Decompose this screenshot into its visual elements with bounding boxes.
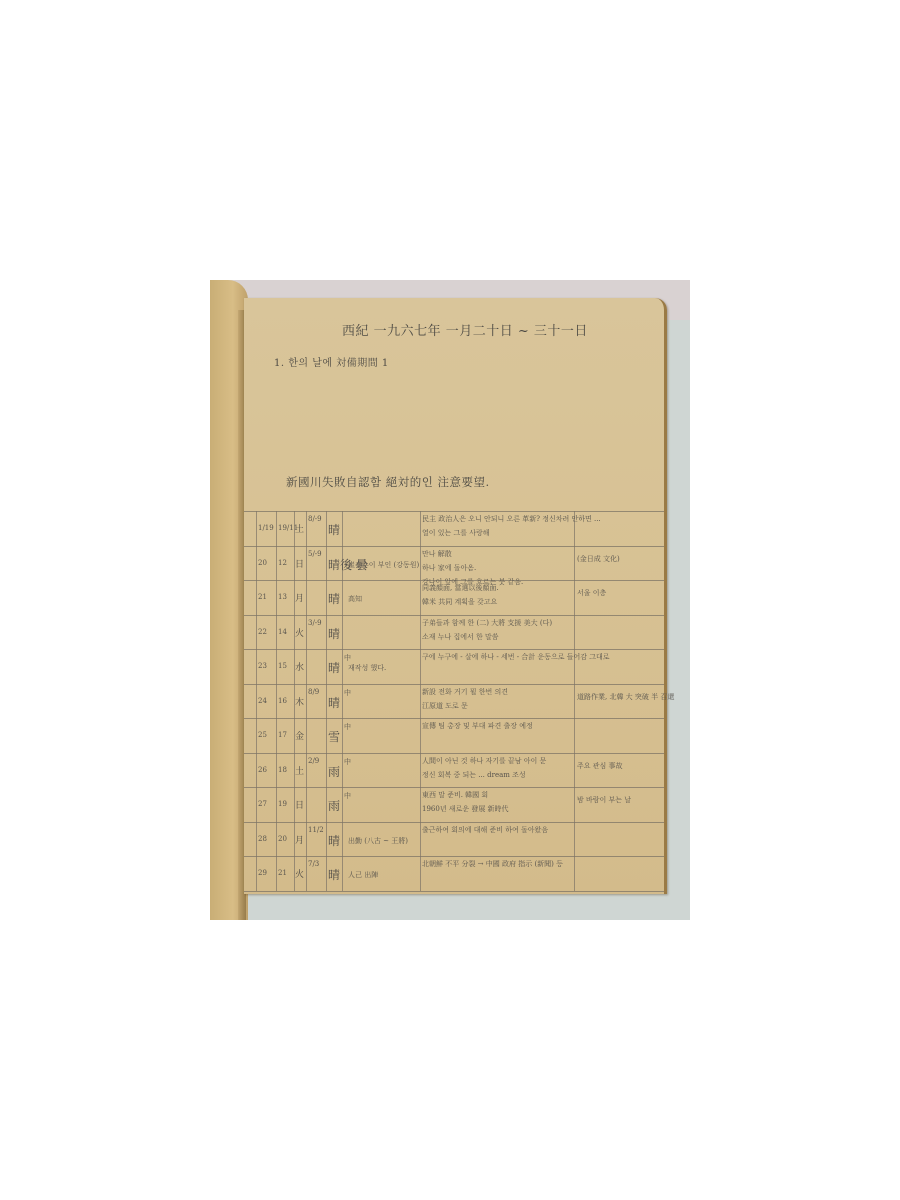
date-solar: 22 [258,628,267,636]
event: 재작성 했다. [348,663,386,673]
table-row-rule [244,787,664,788]
diary-note: 北朝鮮 不平 分裂 → 中國 政府 指示 (新聞) 등 [422,859,563,869]
date-lunar: 12 [278,559,287,567]
date-lunar: 16 [278,697,287,705]
remark: 주요 관심 事故 [577,761,623,771]
event: 人己 出陣 [348,870,378,880]
date-lunar: 13 [278,593,287,601]
temperature: 7/3 [308,860,319,868]
weather: 晴 [328,832,340,849]
weather: 晴 [328,625,340,642]
weather: 雨 [328,797,340,814]
weather: 晴 [328,590,340,607]
weekday: 日 [295,557,304,570]
table-column-rule [306,511,307,891]
section-heading: 新國川失敗自認함 絕対的인 注意要望. [286,474,490,490]
temperature: 5/-9 [308,550,322,558]
list-item-1: 1. 한의 날에 対備期間 1 [274,354,389,369]
table-column-rule [276,511,277,891]
date-lunar: 20 [278,835,287,843]
mark: 中 [344,688,351,698]
temperature: 8/-9 [308,515,322,523]
date-solar: 29 [258,869,267,877]
weather: 雨 [328,763,340,780]
weather: 晴 [328,694,340,711]
date-lunar: 21 [278,869,287,877]
weather: 雪 [328,728,340,745]
weekday: 月 [295,591,304,604]
date-solar: 1/19 [258,524,274,532]
weekday: 月 [295,833,304,846]
temperature: 11/2 [308,826,324,834]
mark: 中 [344,722,351,732]
diary-note: 子弟들과 함께 한 (二) 大將 支援 美大 (다) [422,618,552,628]
diary-note: 하나 家에 돌아옴. [422,563,476,573]
mark: 中 [344,757,351,767]
date-solar: 20 [258,559,267,567]
notebook-page: 西紀 一九六七年 一月二十日 ~ 三十一日 1. 한의 날에 対備期間 1 新國… [244,298,667,894]
table-row-rule [244,718,664,719]
date-solar: 23 [258,662,267,670]
date-lunar: 14 [278,628,287,636]
date-solar: 28 [258,835,267,843]
mark: 中 [344,653,351,663]
diary-note: 만나 解散 [422,549,452,559]
diary-note: 출근하여 회의에 대해 준비 하여 돌아왔음 [422,825,548,835]
weekday: 火 [295,626,304,639]
remark: 밤 바람이 부는 날 [577,795,631,805]
remark: 道路作業, 北韓 大 突破 半 召還 [577,692,674,702]
remark: (金日成 文化) [577,554,620,564]
weekday: 火 [295,867,304,880]
table-row-rule [244,649,664,650]
diary-note: 열이 있는 그를 사랑해 [422,528,490,538]
page-title: 西紀 一九六七年 一月二十日 ~ 三十一日 [342,320,588,339]
temperature: 8/9 [308,688,319,696]
table-row-rule [244,511,664,512]
table-row-rule [244,822,664,823]
table-row-rule [244,891,664,892]
diary-note: 人間이 아닌 것 하나 자기를 끝남 아이 문 [422,756,546,766]
date-solar: 27 [258,800,267,808]
diary-note: 宣傳 팀 총장 및 부대 파견 출장 예정 [422,721,533,731]
diary-note: 江原道 도로 문 [422,701,468,711]
weather: 晴 [328,521,340,538]
event: 崔泰수이 부인 (강동원) [348,560,419,570]
date-lunar: 17 [278,731,287,739]
date-lunar: 19 [278,800,287,808]
mark: 中 [344,791,351,801]
weekday: 土 [295,764,304,777]
table-row-rule [244,546,664,547]
temperature: 2/9 [308,757,319,765]
remark: 서울 이층 [577,588,606,598]
event: 高知 [348,594,362,604]
date-lunar: 15 [278,662,287,670]
diary-table: 1/1919/11土8/-9晴民主 政治人은 오니 안되니 오른 革新? 정신차… [244,511,664,891]
date-solar: 25 [258,731,267,739]
temperature: 3/-9 [308,619,322,627]
weekday: 土 [295,522,304,535]
event: 出勤 (八古 ~ 王將) [348,836,408,846]
diary-note: 韓米 共同 계획을 갖고요 [422,597,497,607]
diary-note: 구에 누구에 - 살에 하나 - 세번 - 合計 운동으로 들어감 그대로 [422,652,610,662]
weekday: 水 [295,660,304,673]
diary-note: 1960년 새로운 發展 新時代 [422,804,509,814]
date-lunar: 18 [278,766,287,774]
diary-note: 同義顏面, 當選以後顏面. [422,583,499,593]
table-column-rule [256,511,257,891]
weekday: 金 [295,729,304,742]
document-photo: 西紀 一九六七年 一月二十日 ~ 三十一日 1. 한의 날에 対備期間 1 新國… [210,280,690,920]
diary-note: 民主 政治人은 오니 안되니 오른 革新? 정신차려 안하면 ... [422,514,601,524]
table-row-rule [244,684,664,685]
table-column-rule [574,511,575,891]
diary-note: 소재 누나 집에서 한 말씀 [422,632,499,642]
date-solar: 24 [258,697,267,705]
diary-note: 정신 회복 중 되는 ... dream 조성 [422,770,526,780]
diary-note: 東西 말 준비. 韓國 회 [422,790,488,800]
weather: 晴 [328,866,340,883]
table-column-rule [326,511,327,891]
diary-note: 新設 전화 거기 뭘 한번 의견 [422,687,508,697]
weekday: 日 [295,798,304,811]
weekday: 木 [295,695,304,708]
date-solar: 21 [258,593,267,601]
table-row-rule [244,615,664,616]
table-column-rule [420,511,421,891]
weather: 晴 [328,659,340,676]
date-solar: 26 [258,766,267,774]
table-row-rule [244,753,664,754]
table-row-rule [244,856,664,857]
